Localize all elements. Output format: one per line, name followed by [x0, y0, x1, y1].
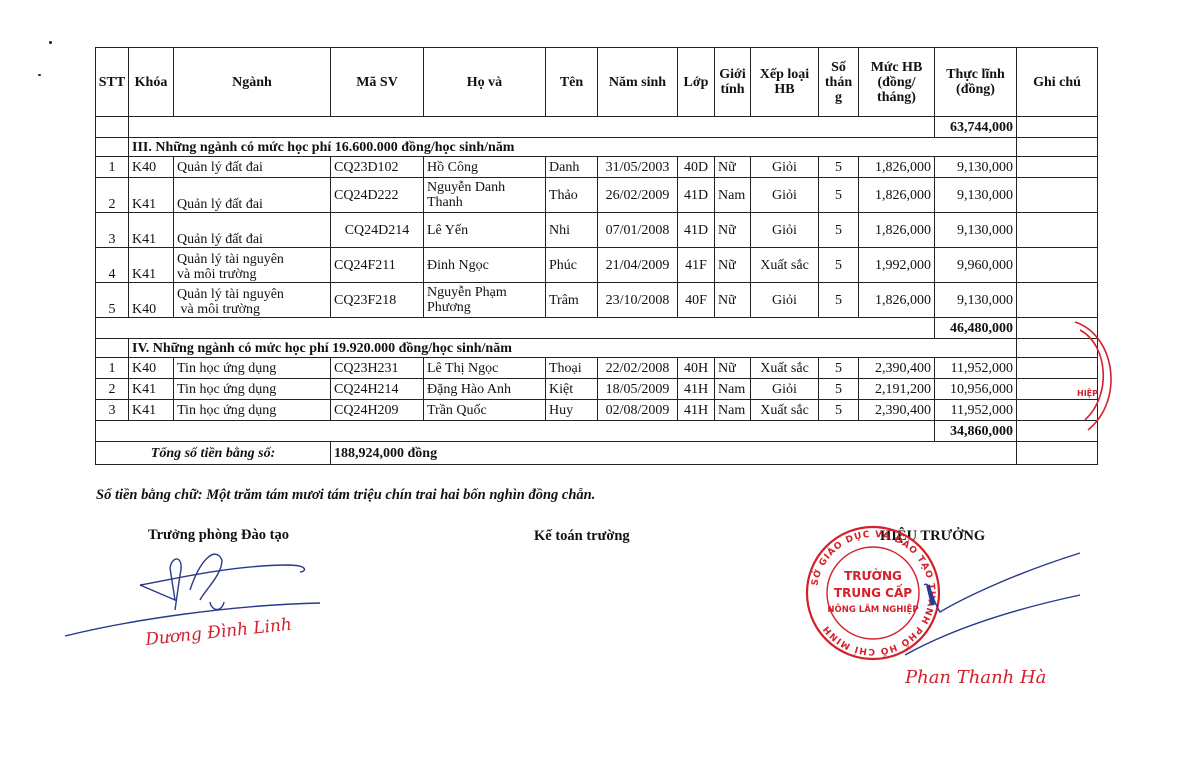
svg-text:TRUNG CẤP: TRUNG CẤP: [834, 583, 912, 600]
principal-signature: [905, 553, 1080, 655]
training-head-name: Dương Đình Linh: [143, 615, 292, 650]
signature-and-stamp-layer: Dương Đình Linh SỞ GIÁO DỤC VÀ ĐÀO TẠO T…: [0, 0, 1200, 782]
school-stamp: SỞ GIÁO DỤC VÀ ĐÀO TẠO THÀNH PHỐ HỒ CHÍ …: [807, 527, 939, 659]
partial-stamp-edge: [1075, 322, 1111, 430]
partial-stamp-text: HIỆP: [1077, 388, 1098, 398]
principal-name: Phan Thanh Hà: [904, 667, 1046, 688]
svg-text:TRƯỜNG: TRƯỜNG: [844, 568, 902, 583]
svg-text:NÔNG LÂM NGHIỆP: NÔNG LÂM NGHIỆP: [827, 603, 918, 615]
